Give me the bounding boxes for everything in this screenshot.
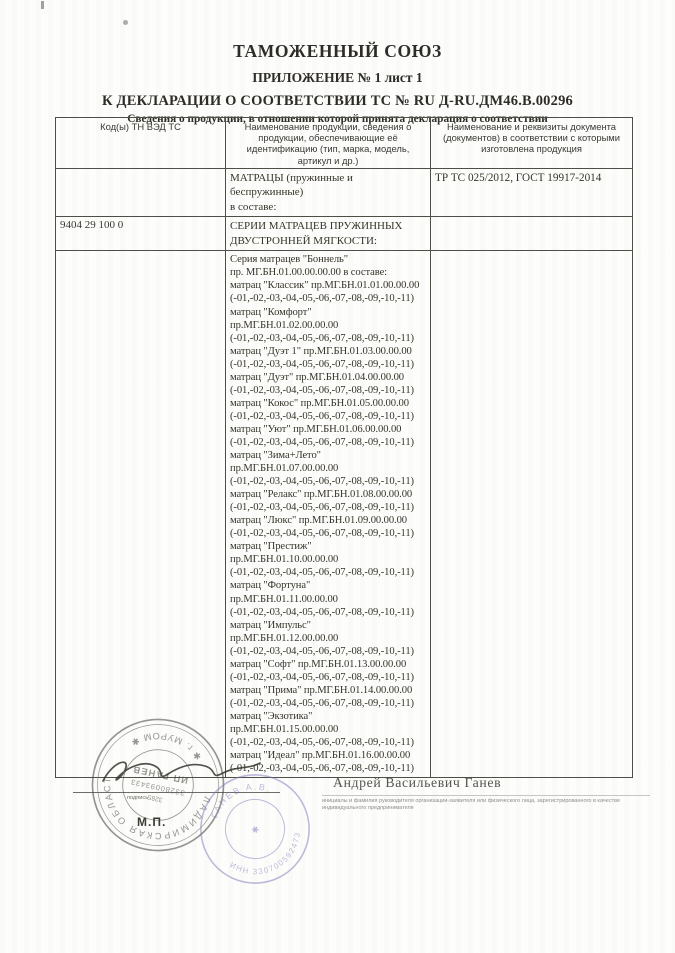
col-header-code: Код(ы) ТН ВЭД ТС <box>56 118 226 169</box>
doc-title-annex: ПРИЛОЖЕНИЕ № 1 лист 1 <box>0 70 675 86</box>
product-table: Код(ы) ТН ВЭД ТС Наименование продукции,… <box>55 117 633 778</box>
table-header-row: Код(ы) ТН ВЭД ТС Наименование продукции,… <box>56 118 633 169</box>
seal-center-mark: ✱ <box>250 824 261 836</box>
cell-documents: ТР ТС 025/2012, ГОСТ 19917-2014 <box>431 168 633 217</box>
cell-product-name: СЕРИИ МАТРАЦЕВ ПРУЖИННЫХ ДВУСТРОННЕЙ МЯГ… <box>226 217 431 251</box>
scan-speck <box>41 1 44 9</box>
doc-title-declaration-number: К ДЕКЛАРАЦИИ О СООТВЕТСТВИИ ТС № RU Д-RU… <box>0 93 675 110</box>
cell-documents <box>431 217 633 251</box>
table-row: 9404 29 100 0 СЕРИИ МАТРАЦЕВ ПРУЖИННЫХ Д… <box>56 217 633 251</box>
scanned-declaration-page: ТАМОЖЕННЫЙ СОЮЗ ПРИЛОЖЕНИЕ № 1 лист 1 К … <box>0 0 675 953</box>
signer-name-underline <box>322 795 650 796</box>
signer-name: Андрей Васильевич Ганев <box>333 775 501 791</box>
document-header: ТАМОЖЕННЫЙ СОЮЗ ПРИЛОЖЕНИЕ № 1 лист 1 К … <box>0 41 675 125</box>
col-header-product-name: Наименование продукции, сведения о проду… <box>226 118 431 169</box>
scan-speck <box>123 20 128 25</box>
table-row: МАТРАЦЫ (пружинные и беспружинные) в сос… <box>56 168 633 217</box>
cell-documents <box>431 251 633 778</box>
cell-product-name: МАТРАЦЫ (пружинные и беспружинные) в сос… <box>226 168 431 217</box>
cell-code <box>56 168 226 217</box>
signer-caption: инициалы и фамилия руководителя организа… <box>322 798 654 812</box>
col-header-documents: Наименование и реквизиты документа (доку… <box>431 118 633 169</box>
cell-code: 9404 29 100 0 <box>56 217 226 251</box>
cell-mattress-series-list: Серия матрацев "Боннель" пр. МГ.БН.01.00… <box>226 251 431 778</box>
doc-title-customs-union: ТАМОЖЕННЫЙ СОЮЗ <box>0 41 675 62</box>
handwritten-signature <box>100 753 265 795</box>
